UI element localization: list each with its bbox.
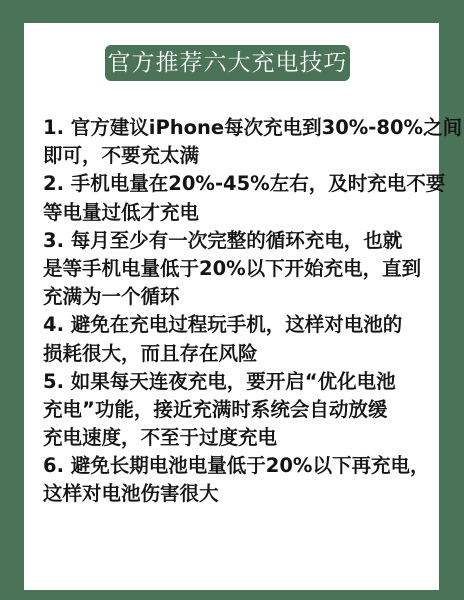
title-banner: 官方推荐六大充电技巧 [105, 45, 350, 81]
tip-5-line-2: 充电”功能，接近充满时系统会自动放缓 [43, 396, 428, 424]
tip-item-2: 2. 手机电量在20%-45%左右，及时充电不要 等电量过低才充电 [43, 170, 428, 226]
tip-1-line-1: 1. 官方建议iPhone每次充电到30%-80%之间 [43, 114, 428, 142]
tip-2-line-2: 等电量过低才充电 [43, 199, 428, 227]
tip-3-line-2: 是等手机电量低于20%以下开始充电，直到 [43, 255, 428, 283]
tip-item-1: 1. 官方建议iPhone每次充电到30%-80%之间 即可，不要充太满 [43, 114, 428, 170]
tip-6-line-1: 6. 避免长期电池电量低于20%以下再充电， [43, 452, 428, 480]
tips-list: 1. 官方建议iPhone每次充电到30%-80%之间 即可，不要充太满 2. … [43, 114, 428, 509]
tip-1-line-2: 即可，不要充太满 [43, 142, 428, 170]
tip-5-line-1: 5. 如果每天连夜充电，要开启“优化电池 [43, 368, 428, 396]
tip-item-5: 5. 如果每天连夜充电，要开启“优化电池 充电”功能，接近充满时系统会自动放缓 … [43, 368, 428, 453]
tip-4-line-2: 损耗很大，而且存在风险 [43, 340, 428, 368]
page-title: 官方推荐六大充电技巧 [108, 45, 348, 81]
tip-4-line-1: 4. 避免在充电过程玩手机，这样对电池的 [43, 311, 428, 339]
tip-3-line-1: 3. 每月至少有一次完整的循环充电，也就 [43, 227, 428, 255]
tips-card: 官方推荐六大充电技巧 1. 官方建议iPhone每次充电到30%-80%之间 即… [24, 23, 439, 590]
tip-6-line-2: 这样对电池伤害很大 [43, 480, 428, 508]
tip-item-3: 3. 每月至少有一次完整的循环充电，也就 是等手机电量低于20%以下开始充电，直… [43, 227, 428, 312]
tip-3-line-3: 充满为一个循环 [43, 283, 428, 311]
tip-item-4: 4. 避免在充电过程玩手机，这样对电池的 损耗很大，而且存在风险 [43, 311, 428, 367]
tip-5-line-3: 充电速度，不至于过度充电 [43, 424, 428, 452]
tip-item-6: 6. 避免长期电池电量低于20%以下再充电， 这样对电池伤害很大 [43, 452, 428, 508]
tip-2-line-1: 2. 手机电量在20%-45%左右，及时充电不要 [43, 170, 428, 198]
